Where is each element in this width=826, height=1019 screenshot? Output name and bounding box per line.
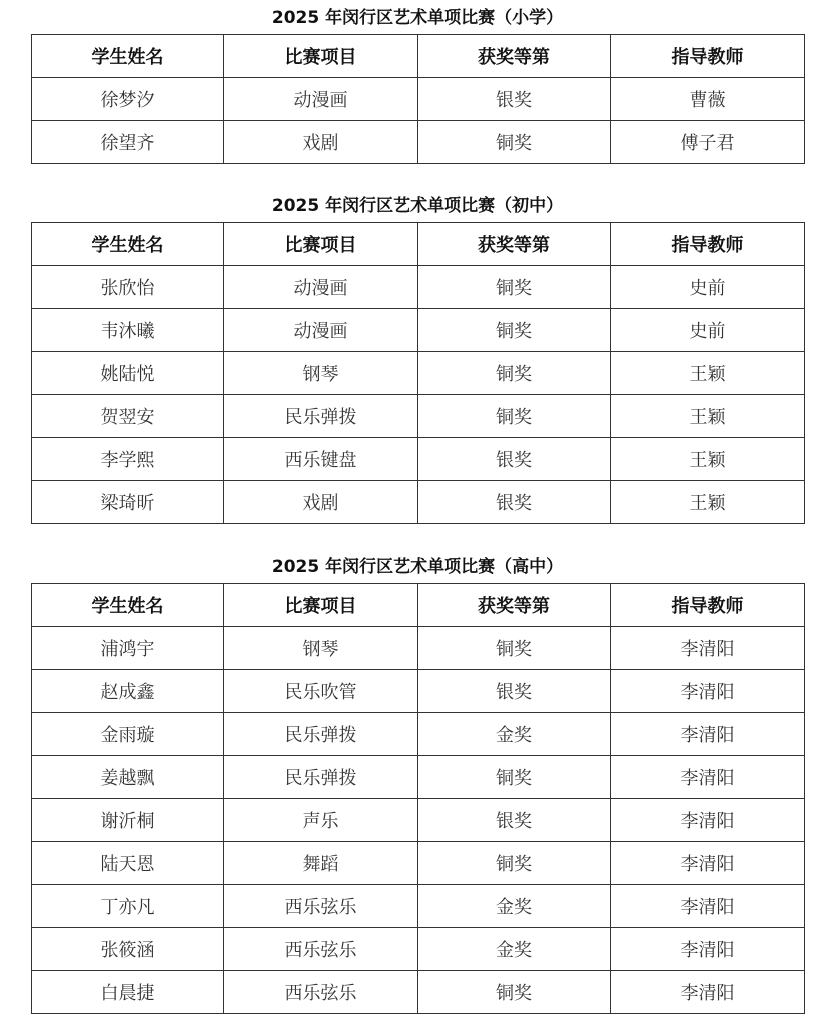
teacher-cell: 李清阳 [611,971,805,1014]
student-name-cell: 李学熙 [32,438,224,481]
student-name-cell: 姚陆悦 [32,352,224,395]
table-row: 徐望齐戏剧铜奖傅子君 [32,121,805,164]
header-teacher: 指导教师 [611,584,805,627]
event-cell: 西乐弦乐 [224,928,418,971]
event-cell: 动漫画 [224,78,418,121]
table-row: 徐梦汐动漫画银奖曹薇 [32,78,805,121]
award-level-cell: 金奖 [418,713,611,756]
student-name-cell: 赵成鑫 [32,670,224,713]
award-level-cell: 金奖 [418,928,611,971]
teacher-cell: 王颖 [611,481,805,524]
awards-table: 学生姓名比赛项目获奖等第指导教师浦鸿宇钢琴铜奖李清阳赵成鑫民乐吹管银奖李清阳金雨… [31,583,805,1014]
student-name-cell: 浦鸿宇 [32,627,224,670]
student-name-cell: 徐望齐 [32,121,224,164]
award-level-cell: 银奖 [418,438,611,481]
table-row: 韦沐曦动漫画铜奖史前 [32,309,805,352]
header-teacher: 指导教师 [611,223,805,266]
student-name-cell: 张欣怡 [32,266,224,309]
event-cell: 民乐弹拨 [224,756,418,799]
header-student-name: 学生姓名 [32,584,224,627]
table-row: 陆天恩舞蹈铜奖李清阳 [32,842,805,885]
award-level-cell: 铜奖 [418,121,611,164]
award-level-cell: 铜奖 [418,971,611,1014]
event-cell: 钢琴 [224,627,418,670]
award-level-cell: 铜奖 [418,627,611,670]
event-cell: 动漫画 [224,266,418,309]
student-name-cell: 徐梦汐 [32,78,224,121]
award-level-cell: 金奖 [418,885,611,928]
award-level-cell: 银奖 [418,670,611,713]
event-cell: 声乐 [224,799,418,842]
teacher-cell: 王颖 [611,352,805,395]
event-cell: 西乐弦乐 [224,885,418,928]
table-row: 李学熙西乐键盘银奖王颖 [32,438,805,481]
section-title: 2025 年闵行区艺术单项比赛（高中） [31,556,804,578]
table-row: 丁亦凡西乐弦乐金奖李清阳 [32,885,805,928]
student-name-cell: 张筱涵 [32,928,224,971]
event-cell: 钢琴 [224,352,418,395]
header-event: 比赛项目 [224,223,418,266]
section-title: 2025 年闵行区艺术单项比赛（小学） [31,7,804,29]
student-name-cell: 金雨璇 [32,713,224,756]
header-award-level: 获奖等第 [418,35,611,78]
table-row: 赵成鑫民乐吹管银奖李清阳 [32,670,805,713]
teacher-cell: 王颖 [611,438,805,481]
student-name-cell: 白晨捷 [32,971,224,1014]
student-name-cell: 韦沐曦 [32,309,224,352]
teacher-cell: 史前 [611,266,805,309]
award-level-cell: 银奖 [418,78,611,121]
award-level-cell: 铜奖 [418,756,611,799]
teacher-cell: 史前 [611,309,805,352]
event-cell: 西乐弦乐 [224,971,418,1014]
table-row: 浦鸿宇钢琴铜奖李清阳 [32,627,805,670]
student-name-cell: 丁亦凡 [32,885,224,928]
award-level-cell: 铜奖 [418,266,611,309]
student-name-cell: 谢沂桐 [32,799,224,842]
teacher-cell: 李清阳 [611,885,805,928]
event-cell: 动漫画 [224,309,418,352]
teacher-cell: 李清阳 [611,842,805,885]
table-row: 姚陆悦钢琴铜奖王颖 [32,352,805,395]
table-row: 张欣怡动漫画铜奖史前 [32,266,805,309]
table-row: 梁琦昕戏剧银奖王颖 [32,481,805,524]
teacher-cell: 李清阳 [611,928,805,971]
event-cell: 舞蹈 [224,842,418,885]
table-row: 张筱涵西乐弦乐金奖李清阳 [32,928,805,971]
teacher-cell: 李清阳 [611,670,805,713]
event-cell: 戏剧 [224,121,418,164]
student-name-cell: 贺翌安 [32,395,224,438]
header-event: 比赛项目 [224,35,418,78]
event-cell: 民乐吹管 [224,670,418,713]
header-student-name: 学生姓名 [32,35,224,78]
event-cell: 民乐弹拨 [224,713,418,756]
teacher-cell: 曹薇 [611,78,805,121]
teacher-cell: 李清阳 [611,799,805,842]
teacher-cell: 傅子君 [611,121,805,164]
table-row: 谢沂桐声乐银奖李清阳 [32,799,805,842]
award-level-cell: 铜奖 [418,842,611,885]
header-event: 比赛项目 [224,584,418,627]
award-level-cell: 铜奖 [418,395,611,438]
student-name-cell: 陆天恩 [32,842,224,885]
student-name-cell: 梁琦昕 [32,481,224,524]
table-row: 姜越飘民乐弹拨铜奖李清阳 [32,756,805,799]
awards-table: 学生姓名比赛项目获奖等第指导教师张欣怡动漫画铜奖史前韦沐曦动漫画铜奖史前姚陆悦钢… [31,222,805,524]
table-row: 白晨捷西乐弦乐铜奖李清阳 [32,971,805,1014]
header-award-level: 获奖等第 [418,223,611,266]
teacher-cell: 李清阳 [611,713,805,756]
table-row: 金雨璇民乐弹拨金奖李清阳 [32,713,805,756]
event-cell: 西乐键盘 [224,438,418,481]
event-cell: 戏剧 [224,481,418,524]
student-name-cell: 姜越飘 [32,756,224,799]
header-row: 学生姓名比赛项目获奖等第指导教师 [32,584,805,627]
header-row: 学生姓名比赛项目获奖等第指导教师 [32,35,805,78]
header-award-level: 获奖等第 [418,584,611,627]
event-cell: 民乐弹拨 [224,395,418,438]
teacher-cell: 李清阳 [611,756,805,799]
award-level-cell: 银奖 [418,799,611,842]
header-student-name: 学生姓名 [32,223,224,266]
table-row: 贺翌安民乐弹拨铜奖王颖 [32,395,805,438]
teacher-cell: 王颖 [611,395,805,438]
award-level-cell: 银奖 [418,481,611,524]
awards-table: 学生姓名比赛项目获奖等第指导教师徐梦汐动漫画银奖曹薇徐望齐戏剧铜奖傅子君 [31,34,805,164]
award-level-cell: 铜奖 [418,309,611,352]
teacher-cell: 李清阳 [611,627,805,670]
section-title: 2025 年闵行区艺术单项比赛（初中） [31,195,804,217]
header-teacher: 指导教师 [611,35,805,78]
header-row: 学生姓名比赛项目获奖等第指导教师 [32,223,805,266]
award-level-cell: 铜奖 [418,352,611,395]
